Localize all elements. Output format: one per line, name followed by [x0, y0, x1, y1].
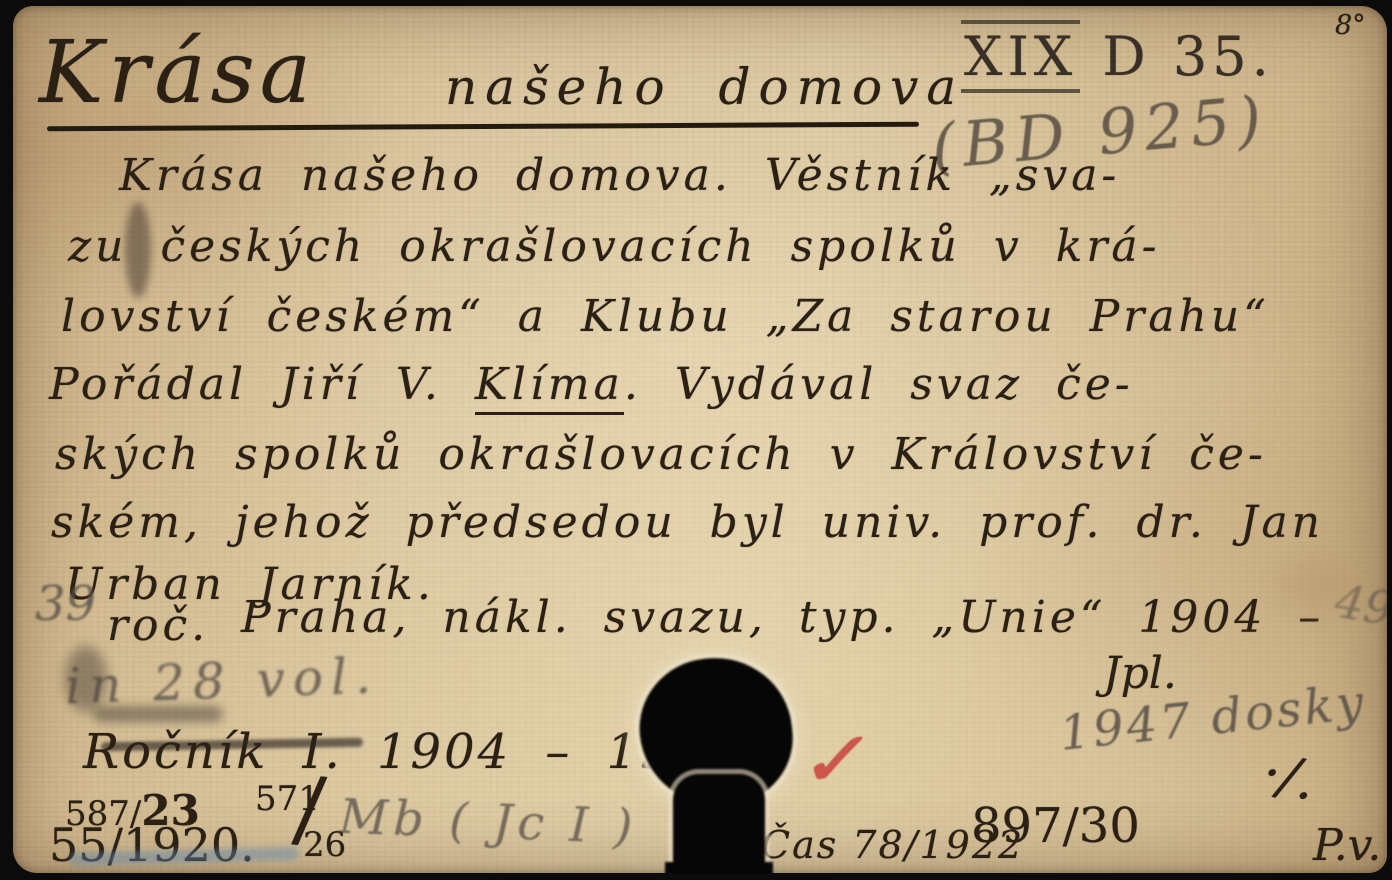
scan-background: 8° XIX D 35. (BD 925) Krása našeho domov…	[0, 0, 1392, 880]
publication-line: Praha, nákl. svazu, typ. „Unie“ 1904 –	[241, 596, 1324, 640]
pencil-signature-note: Mb ( Jc I )	[338, 793, 638, 851]
card-title-main: Krása	[39, 30, 316, 116]
body-line-4-post: . Vydával svaz če-	[624, 359, 1134, 410]
catalog-card: 8° XIX D 35. (BD 925) Krása našeho domov…	[13, 6, 1387, 873]
dot-slash-mark: ·/.	[1258, 745, 1321, 809]
body-line-4: Pořádal Jiří V. Klíma. Vydával svaz če-	[49, 363, 1134, 407]
accession-number-3: 897/30	[971, 802, 1140, 850]
punch-hole-neck	[673, 774, 765, 873]
body-line-1: Krása našeho domova. Věstník „sva-	[119, 154, 1120, 198]
title-underline	[47, 122, 919, 132]
card-title-rest: našeho domova	[445, 62, 964, 112]
shelfmark-rest: D 35.	[1102, 25, 1273, 88]
body-line-5: ských spolků okrašlovacích v Království …	[55, 433, 1267, 477]
body-line-6: ském, jehož předsedou byl univ. prof. dr…	[51, 501, 1324, 545]
format-mark: 8°	[1335, 12, 1366, 39]
body-line-2: zu českých okrašlovacích spolků v krá-	[68, 225, 1161, 269]
volumes-label: roč.	[107, 604, 209, 648]
pencil-volume-note: in 28 vol.	[64, 651, 379, 712]
body-line-3: lovství českém“ a Klubu „Za starou Prahu…	[61, 295, 1270, 339]
editor-name-underlined: Klíma	[475, 359, 624, 415]
punch-hole-foot	[665, 862, 773, 873]
supplement-note: Jpl.	[1103, 652, 1177, 696]
body-line-4-pre: Pořádal Jiří V.	[49, 359, 475, 410]
ink-blot	[125, 202, 151, 298]
shelfmark: XIX D 35.	[961, 30, 1274, 84]
shelfmark-roman: XIX	[961, 20, 1080, 93]
cataloguer-initials: P.v.	[1313, 824, 1381, 868]
red-checkmark-icon: ✓	[791, 724, 871, 797]
graphite-blob	[65, 646, 107, 712]
pencil-margin-number: 39	[35, 580, 96, 628]
graphite-smudge	[93, 706, 223, 722]
paper-stain	[1243, 526, 1387, 646]
